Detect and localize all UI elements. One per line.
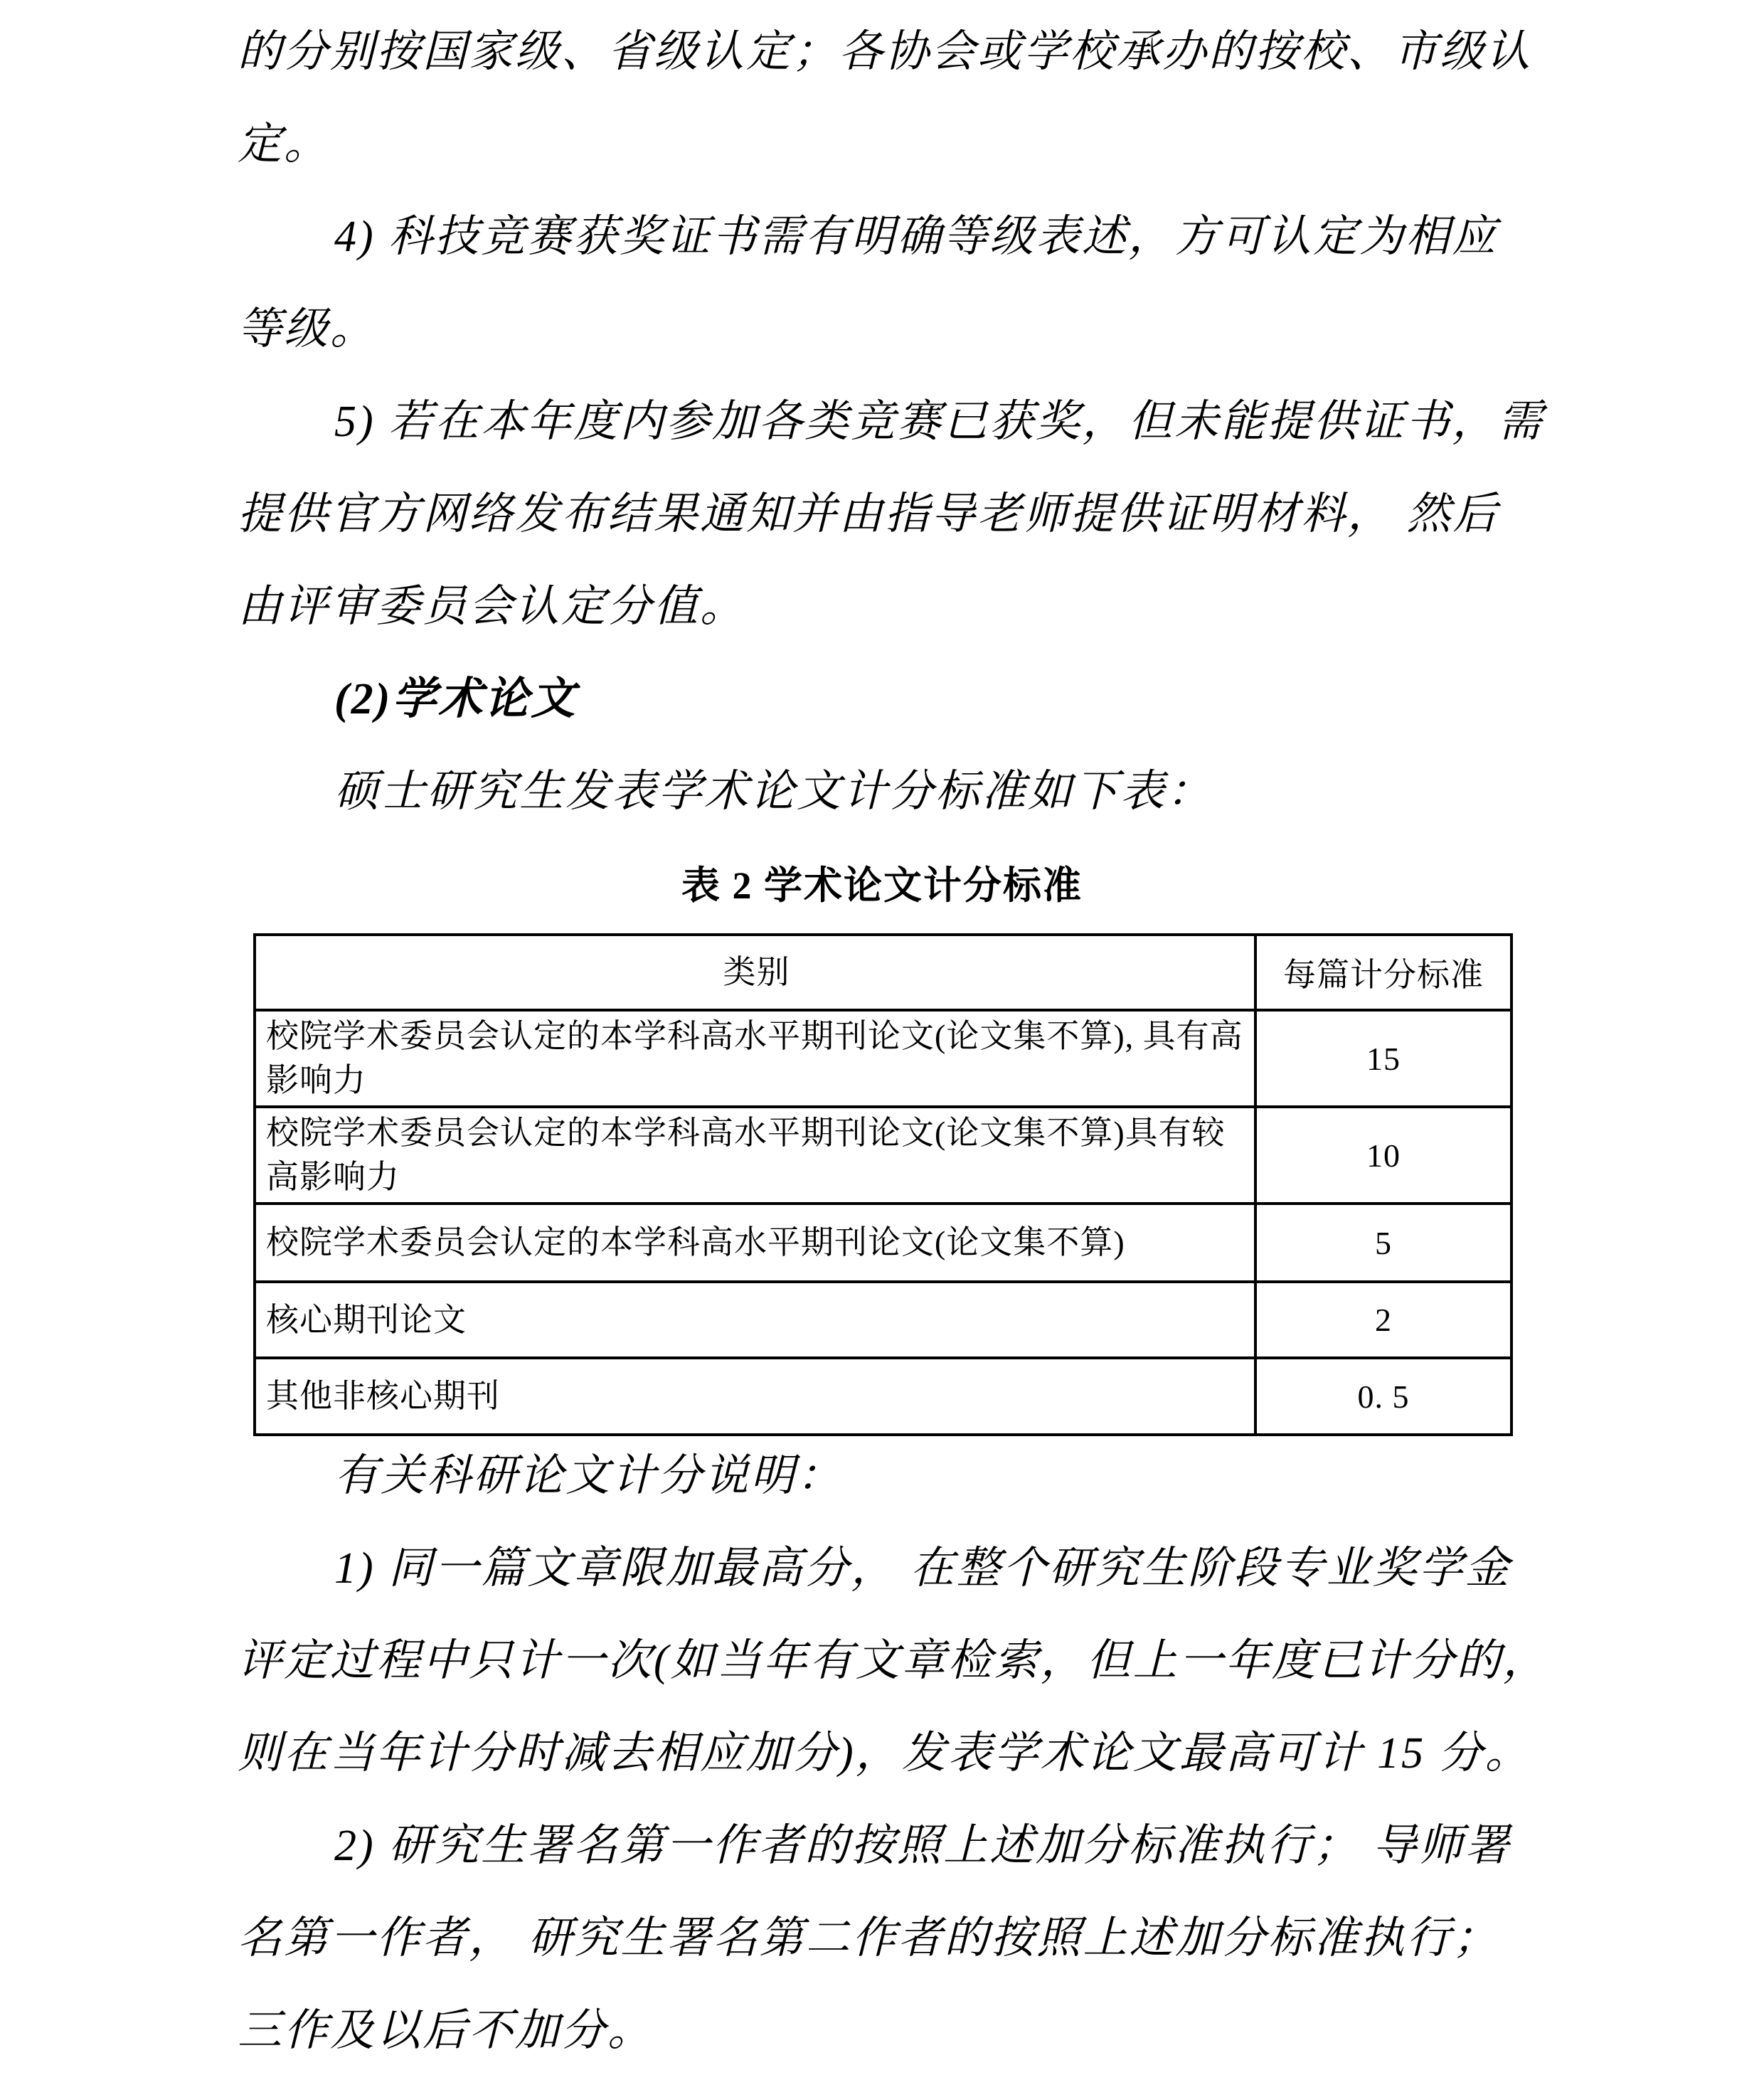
- score-cell: 15: [1255, 1010, 1511, 1107]
- score-table: 类别 每篇计分标准 校院学术委员会认定的本学科高水平期刊论文(论文集不算), 具…: [253, 933, 1513, 1436]
- text-line: 等级。: [238, 283, 1589, 376]
- document-page: 的分别按国家级、省级认定；各协会或学校承办的按校、市级认 定。 4) 科技竞赛获…: [0, 0, 1764, 2092]
- table-row: 校院学术委员会认定的本学科高水平期刊论文(论文集不算) 5: [255, 1204, 1511, 1282]
- table-row: 校院学术委员会认定的本学科高水平期刊论文(论文集不算)具有较高影响力 10: [255, 1107, 1511, 1204]
- text-line-item-1: 1) 同一篇文章限加最高分， 在整个研究生阶段专业奖学金: [238, 1522, 1589, 1615]
- text-line-item-5: 5) 若在本年度内参加各类竞赛已获奖，但未能提供证书，需: [238, 376, 1589, 468]
- score-cell: 0. 5: [1255, 1358, 1511, 1435]
- text-line-item-2: 2) 研究生署名第一作者的按照上述加分标准执行； 导师署: [238, 1800, 1589, 1892]
- table-header-score: 每篇计分标准: [1255, 935, 1511, 1010]
- category-cell: 校院学术委员会认定的本学科高水平期刊论文(论文集不算), 具有高影响力: [255, 1010, 1255, 1107]
- score-cell: 2: [1255, 1282, 1511, 1358]
- category-cell: 其他非核心期刊: [255, 1358, 1255, 1435]
- category-cell: 校院学术委员会认定的本学科高水平期刊论文(论文集不算): [255, 1204, 1255, 1282]
- text-line: 由评审委员会认定分值。: [238, 561, 1589, 653]
- score-cell: 10: [1255, 1107, 1511, 1204]
- text-line: 评定过程中只计一次(如当年有文章检索，但上一年度已计分的，: [238, 1615, 1589, 1707]
- text-line-item-4: 4) 科技竞赛获奖证书需有明确等级表述，方可认定为相应: [238, 191, 1589, 283]
- text-line: 则在当年计分时减去相应加分)，发表学术论文最高可计 15 分。: [238, 1707, 1589, 1800]
- table-row: 核心期刊论文 2: [255, 1282, 1511, 1358]
- table-row: 校院学术委员会认定的本学科高水平期刊论文(论文集不算), 具有高影响力 15: [255, 1010, 1511, 1107]
- table-header-row: 类别 每篇计分标准: [255, 935, 1511, 1010]
- table-header-category: 类别: [255, 935, 1255, 1010]
- upper-text-block: 的分别按国家级、省级认定；各协会或学校承办的按校、市级认 定。 4) 科技竞赛获…: [238, 6, 1589, 838]
- section-heading-academic-papers: (2)学术论文: [238, 653, 1589, 745]
- text-line: 定。: [238, 98, 1589, 191]
- text-line: 提供官方网络发布结果通知并由指导老师提供证明材料， 然后: [238, 468, 1589, 561]
- score-cell: 5: [1255, 1204, 1511, 1282]
- text-line: 硕士研究生发表学术论文计分标准如下表：: [238, 745, 1589, 838]
- table-row: 其他非核心期刊 0. 5: [255, 1358, 1511, 1435]
- text-line: 三作及以后不加分。: [238, 1985, 1589, 2077]
- table-caption: 表 2 学术论文计分标准: [0, 839, 1764, 932]
- text-line: 名第一作者， 研究生署名第二作者的按照上述加分标准执行；: [238, 1892, 1589, 1985]
- category-cell: 核心期刊论文: [255, 1282, 1255, 1358]
- text-line-notes-heading: 有关科研论文计分说明：: [238, 1430, 1589, 1522]
- text-line: 的分别按国家级、省级认定；各协会或学校承办的按校、市级认: [238, 6, 1589, 98]
- lower-text-block: 有关科研论文计分说明： 1) 同一篇文章限加最高分， 在整个研究生阶段专业奖学金…: [238, 1430, 1589, 2077]
- category-cell: 校院学术委员会认定的本学科高水平期刊论文(论文集不算)具有较高影响力: [255, 1107, 1255, 1204]
